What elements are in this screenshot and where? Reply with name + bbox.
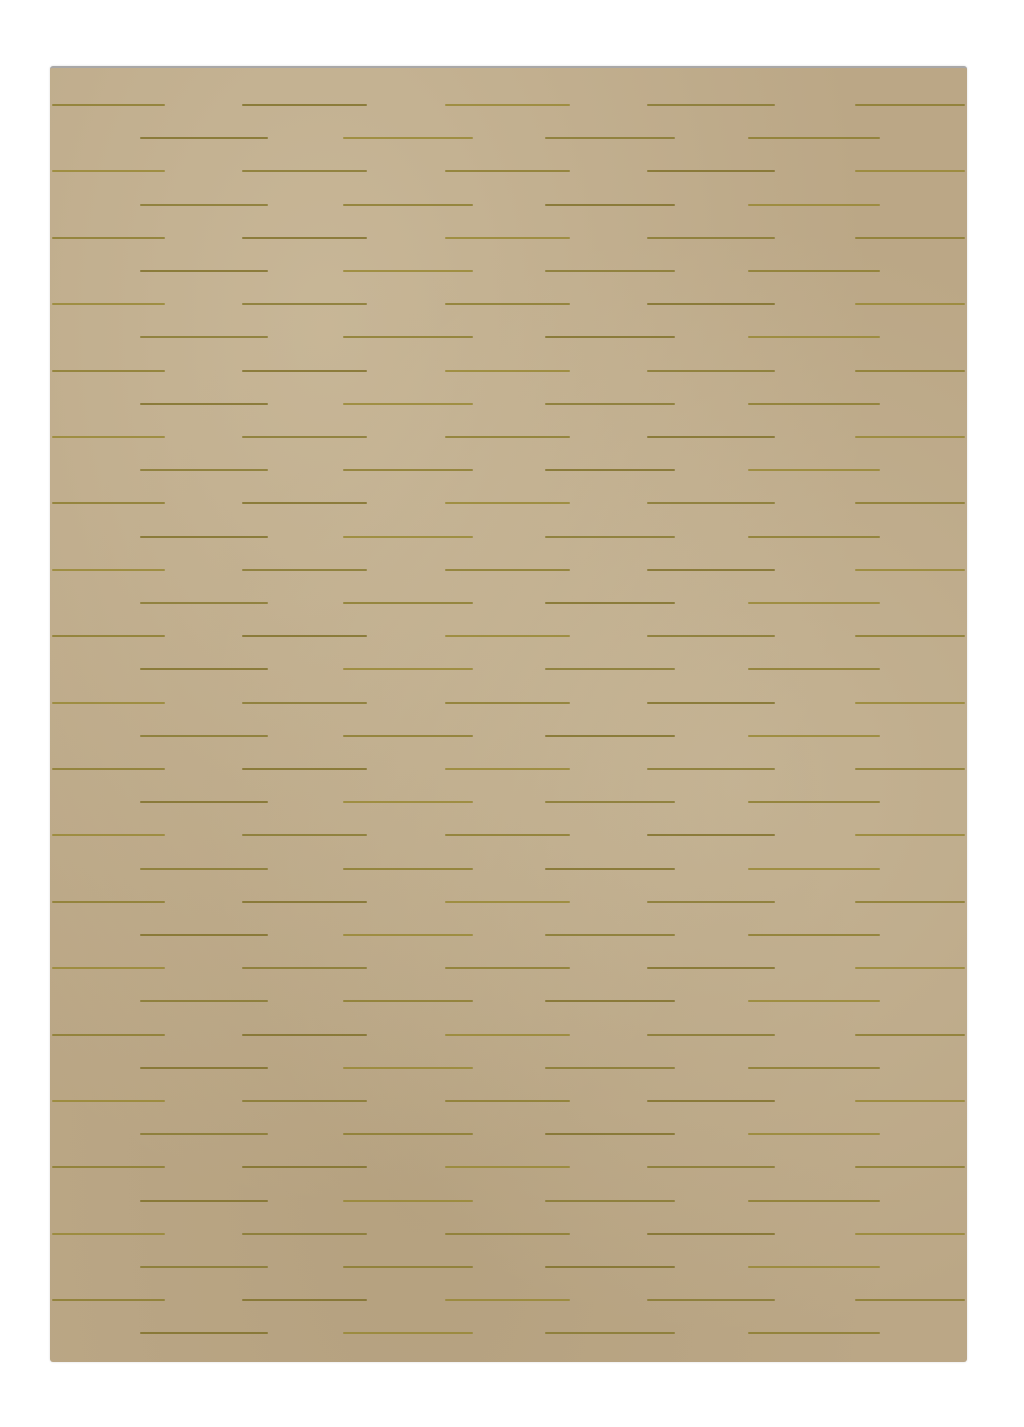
rug-line-dash	[445, 237, 570, 239]
rug-line-dash	[855, 436, 965, 438]
rug-line-dash	[343, 536, 473, 538]
rug-line-dash	[343, 1000, 473, 1002]
rug-line-dash	[545, 1266, 675, 1268]
rug-line-dash	[140, 735, 268, 737]
rug-line-dash	[343, 204, 473, 206]
rug-line-dash	[855, 370, 965, 372]
rug-line-dash	[545, 403, 675, 405]
rug-line-dash	[855, 1100, 965, 1102]
rug-line-dash	[140, 1332, 268, 1334]
rug-line-dash	[855, 901, 965, 903]
rug-line-dash	[748, 934, 880, 936]
rug-line-dash	[545, 735, 675, 737]
rug-line-dash	[343, 801, 473, 803]
rug-line-dash	[748, 1000, 880, 1002]
rug-line-dash	[140, 336, 268, 338]
rug-line-dash	[647, 901, 775, 903]
rug-line-dash	[647, 303, 775, 305]
rug-line-dash	[242, 768, 367, 770]
rug-line-dash	[647, 370, 775, 372]
rug-line-dash	[242, 1233, 367, 1235]
rug-line-dash	[445, 436, 570, 438]
rug-line-dash	[140, 1067, 268, 1069]
rug-line-dash	[242, 569, 367, 571]
rug-line-dash	[748, 1332, 880, 1334]
rug-line-dash	[242, 502, 367, 504]
rug-line-dash	[52, 635, 165, 637]
rug-line-dash	[140, 1000, 268, 1002]
rug-line-dash	[445, 702, 570, 704]
rug-line-dash	[242, 1034, 367, 1036]
rug-line-dash	[52, 436, 165, 438]
rug-line-dash	[647, 502, 775, 504]
rug-line-dash	[545, 1133, 675, 1135]
rug-line-dash	[140, 1200, 268, 1202]
rug-line-dash	[855, 303, 965, 305]
rug-line-dash	[855, 834, 965, 836]
rug-line-dash	[343, 270, 473, 272]
rug-line-dash	[140, 469, 268, 471]
rug-line-dash	[52, 901, 165, 903]
rug-line-dash	[140, 1266, 268, 1268]
rug-line-dash	[242, 237, 367, 239]
rug-line-dash	[748, 668, 880, 670]
rug-line-dash	[748, 1200, 880, 1202]
rug-line-dash	[343, 403, 473, 405]
rug-line-dash	[545, 934, 675, 936]
rug-line-dash	[647, 702, 775, 704]
rug-line-dash	[647, 1166, 775, 1168]
rug-line-dash	[748, 868, 880, 870]
rug-line-dash	[242, 436, 367, 438]
rug-line-dash	[748, 270, 880, 272]
rug-line-dash	[52, 104, 165, 106]
rug-line-dash	[140, 602, 268, 604]
rug-line-dash	[52, 1166, 165, 1168]
rug-line-dash	[52, 834, 165, 836]
rug-line-dash	[140, 868, 268, 870]
rug-line-dash	[242, 370, 367, 372]
rug-line-dash	[242, 834, 367, 836]
rug-line-dash	[343, 868, 473, 870]
rug-line-dash	[855, 635, 965, 637]
rug-line-dash	[748, 1067, 880, 1069]
rug-line-dash	[343, 1266, 473, 1268]
rug-line-dash	[445, 502, 570, 504]
rug-line-dash	[52, 1100, 165, 1102]
rug-line-dash	[545, 270, 675, 272]
rug-line-dash	[445, 635, 570, 637]
rug-line-dash	[748, 602, 880, 604]
rug-line-dash	[52, 967, 165, 969]
rug-line-dash	[242, 1299, 367, 1301]
rug-line-dash	[855, 768, 965, 770]
rug-line-dash	[855, 1166, 965, 1168]
rug-line-dash	[52, 370, 165, 372]
rug-line-dash	[445, 967, 570, 969]
rug-line-dash	[445, 1233, 570, 1235]
rug-line-dash	[343, 1332, 473, 1334]
rug-line-dash	[140, 403, 268, 405]
rug-line-dash	[647, 967, 775, 969]
rug-line-dash	[855, 702, 965, 704]
rug-line-dash	[647, 237, 775, 239]
rug-line-dash	[242, 967, 367, 969]
rug-line-dash	[343, 1067, 473, 1069]
rug-line-dash	[647, 569, 775, 571]
rug-line-dash	[545, 536, 675, 538]
rug-line-dash	[545, 137, 675, 139]
rug-line-dash	[140, 536, 268, 538]
rug-line-dash	[242, 104, 367, 106]
rug-line-dash	[242, 901, 367, 903]
rug-line-dash	[545, 1000, 675, 1002]
rug-line-dash	[545, 801, 675, 803]
rug-line-dash	[545, 336, 675, 338]
rug-line-dash	[140, 934, 268, 936]
rug-line-dash	[445, 370, 570, 372]
rug-line-dash	[855, 237, 965, 239]
rug-line-dash	[343, 469, 473, 471]
rug-line-dash	[647, 1299, 775, 1301]
rug-line-dash	[545, 1067, 675, 1069]
rug-line-dash	[52, 569, 165, 571]
rug-line-dash	[855, 569, 965, 571]
rug-line-dash	[445, 170, 570, 172]
rug-line-dash	[748, 403, 880, 405]
rug-line-dash	[647, 1034, 775, 1036]
rug-line-dash	[748, 336, 880, 338]
rug-line-dash	[52, 768, 165, 770]
rug-line-dash	[545, 868, 675, 870]
rug-line-dash	[52, 303, 165, 305]
rug-line-dash	[445, 768, 570, 770]
rug-line-dash	[343, 668, 473, 670]
rug-line-dash	[748, 1266, 880, 1268]
rug-line-dash	[52, 502, 165, 504]
rug-line-dash	[242, 1166, 367, 1168]
rug-line-dash	[647, 104, 775, 106]
rug-line-dash	[140, 137, 268, 139]
rug-line-dash	[242, 170, 367, 172]
rug-line-dash	[52, 1299, 165, 1301]
rug-line-dash	[343, 735, 473, 737]
rug-line-dash	[647, 1100, 775, 1102]
rug-line-dash	[343, 1200, 473, 1202]
rug-line-dash	[445, 1299, 570, 1301]
rug-line-dash	[545, 668, 675, 670]
rug-line-dash	[647, 635, 775, 637]
rug-line-dash	[748, 469, 880, 471]
rug-line-dash	[140, 204, 268, 206]
rug-line-dash	[140, 668, 268, 670]
rug-line-dash	[647, 436, 775, 438]
rug-line-dash	[445, 901, 570, 903]
rug-line-dash	[242, 1100, 367, 1102]
rug-line-dash	[140, 801, 268, 803]
rug-line-dash	[140, 1133, 268, 1135]
rug-line-dash	[855, 104, 965, 106]
rug-line-dash	[647, 170, 775, 172]
rug-line-dash	[855, 502, 965, 504]
rug-line-dash	[242, 303, 367, 305]
rug-line-dash	[545, 602, 675, 604]
rug-line-dash	[445, 1034, 570, 1036]
rug-line-dash	[242, 702, 367, 704]
rug-line-dash	[748, 1133, 880, 1135]
rug-line-dash	[52, 170, 165, 172]
rug-line-dash	[52, 1233, 165, 1235]
rug-line-dash	[445, 1166, 570, 1168]
rug-line-dash	[445, 569, 570, 571]
rug-line-dash	[52, 702, 165, 704]
rug-line-dash	[855, 170, 965, 172]
rug-line-dash	[445, 303, 570, 305]
rug-line-dash	[445, 834, 570, 836]
rug-line-dash	[343, 336, 473, 338]
rug-line-dash	[748, 204, 880, 206]
rug-line-dash	[52, 237, 165, 239]
rug-line-dash	[343, 934, 473, 936]
rug-line-dash	[748, 137, 880, 139]
rug-line-dash	[242, 635, 367, 637]
rug-line-dash	[52, 1034, 165, 1036]
rug-line-dash	[545, 1200, 675, 1202]
rug-line-dash	[855, 1233, 965, 1235]
rug-line-dash	[545, 204, 675, 206]
rug-line-dash	[545, 1332, 675, 1334]
rug-line-dash	[748, 536, 880, 538]
rug-line-dash	[647, 1233, 775, 1235]
rug-line-dash	[647, 834, 775, 836]
rug-line-dash	[343, 137, 473, 139]
rug-line-dash	[647, 768, 775, 770]
rug-line-dash	[445, 1100, 570, 1102]
rug-line-dash	[748, 735, 880, 737]
rug-line-dash	[855, 967, 965, 969]
rug-line-dash	[140, 270, 268, 272]
rug-line-dash	[343, 602, 473, 604]
rug-line-dash	[855, 1299, 965, 1301]
rug-line-dash	[855, 1034, 965, 1036]
rug-line-dash	[343, 1133, 473, 1135]
rug-line-dash	[545, 469, 675, 471]
rug-line-dash	[445, 104, 570, 106]
rug-line-dash	[748, 801, 880, 803]
